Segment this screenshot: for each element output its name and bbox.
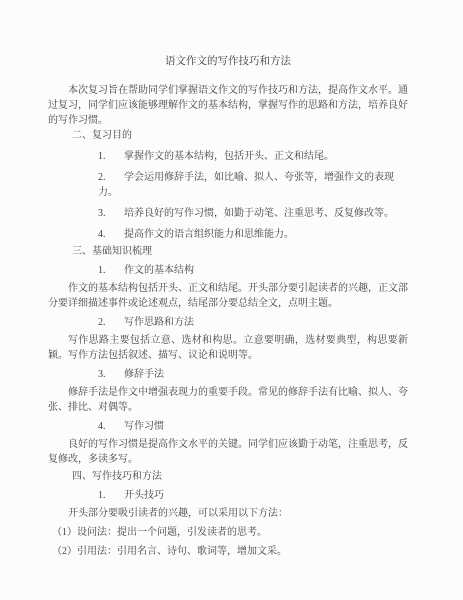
method-point: （1）设问法：提出一个问题，引发读者的思考。 (48, 525, 408, 540)
body-paragraph: 修辞手法是作文中增强表现力的重要手段。常见的修辞手法有比喻、拟人、夸张、排比、对… (48, 385, 408, 415)
body-paragraph: 开头部分要吸引读者的兴趣，可以采用以下方法： (48, 506, 408, 521)
subsection-number: 1. (98, 488, 124, 503)
subsection-number: 1. (98, 263, 124, 278)
list-item-text: 学会运用修辞手法，如比喻、拟人、夸张等，增强作文的表现力。 (98, 172, 394, 198)
body-paragraph: 写作思路主要包括立意、选材和构思。立意要明确，选材要典型，构思要新颖。写作方法包… (48, 333, 408, 363)
list-item-text: 掌握作文的基本结构，包括开头、正文和结尾。 (124, 151, 334, 162)
method-point: （2）引用法：引用名言、诗句、歌词等，增加文采。 (48, 544, 408, 559)
intro-paragraph: 本次复习旨在帮助同学们掌握语文作文的写作技巧和方法，提高作文水平。通过复习，同学… (48, 83, 408, 128)
subsection-title: 写作习惯 (124, 421, 164, 432)
subsection-number: 3. (98, 367, 124, 382)
list-item-number: 3. (98, 206, 124, 221)
list-item-number: 2. (98, 170, 124, 185)
section-heading-writing-techniques: 四、写作技巧和方法 (48, 469, 408, 484)
section-heading-review-goals: 二、复习目的 (48, 128, 408, 143)
list-item: 2.学会运用修辞手法，如比喻、拟人、夸张等，增强作文的表现力。 (48, 170, 408, 200)
subsection-title: 作文的基本结构 (124, 265, 194, 276)
subsection-number: 2. (98, 315, 124, 330)
subsection-heading: 3.修辞手法 (48, 367, 408, 382)
section-heading-basic-knowledge: 三、基础知识梳理 (48, 244, 408, 259)
subsection-number: 4. (98, 419, 124, 434)
subsection-title: 开头技巧 (124, 490, 164, 501)
subsection-heading: 2.写作思路和方法 (48, 315, 408, 330)
subsection-heading: 1.开头技巧 (48, 488, 408, 503)
subsection-heading: 1.作文的基本结构 (48, 263, 408, 278)
subsection-title: 写作思路和方法 (124, 317, 194, 328)
list-item: 1.掌握作文的基本结构，包括开头、正文和结尾。 (48, 149, 408, 164)
body-paragraph: 良好的写作习惯是提高作文水平的关键。同学们应该勤于动笔，注重思考，反复修改，多读… (48, 437, 408, 467)
list-item-number: 1. (98, 149, 124, 164)
list-item-text: 培养良好的写作习惯，如勤于动笔、注重思考、反复修改等。 (124, 208, 394, 219)
subsection-heading: 4.写作习惯 (48, 419, 408, 434)
body-paragraph: 作文的基本结构包括开头、正文和结尾。开头部分要引起读者的兴趣，正文部分要详细描述… (48, 281, 408, 311)
document-page: 语文作文的写作技巧和方法 本次复习旨在帮助同学们掌握语文作文的写作技巧和方法，提… (0, 0, 463, 600)
doc-title: 语文作文的写作技巧和方法 (48, 54, 408, 69)
list-item: 3.培养良好的写作习惯，如勤于动笔、注重思考、反复修改等。 (48, 206, 408, 221)
list-item-number: 4. (98, 227, 124, 242)
subsection-title: 修辞手法 (124, 369, 164, 380)
list-item-text: 提高作文的语言组织能力和思维能力。 (124, 229, 294, 240)
list-item: 4.提高作文的语言组织能力和思维能力。 (48, 227, 408, 242)
